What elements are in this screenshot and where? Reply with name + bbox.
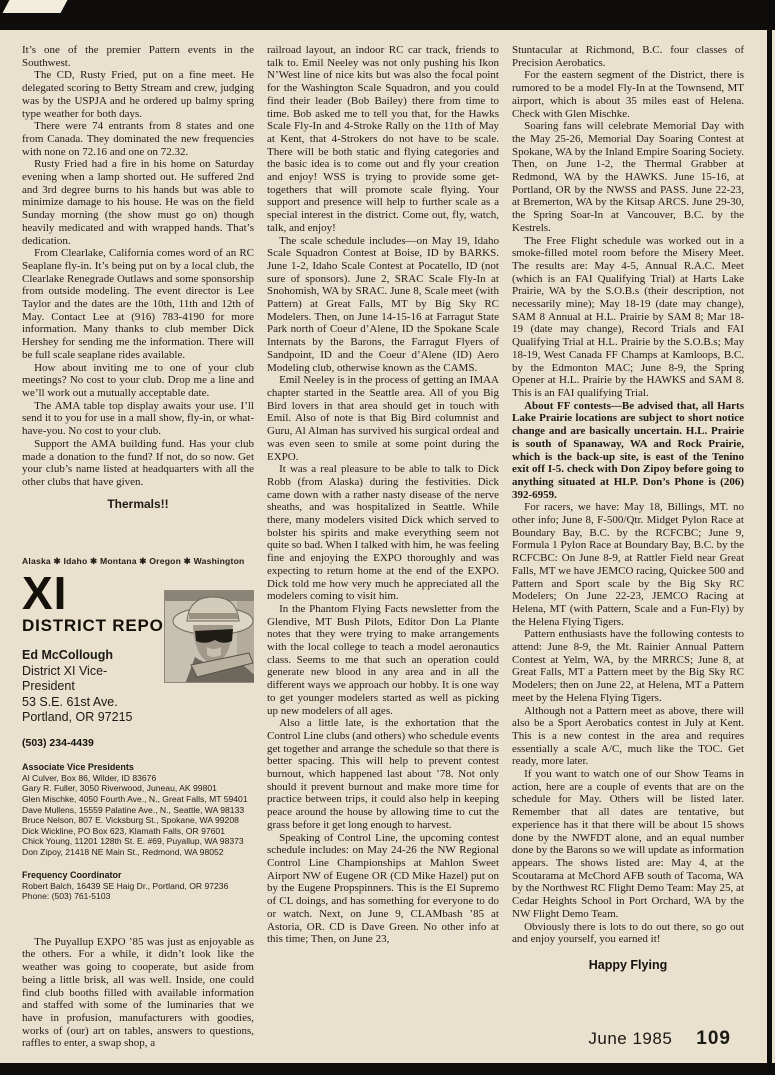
paragraph: Also a little late, is the exhortation t… <box>267 717 499 831</box>
frequency-coordinator-heading: Frequency Coordinator <box>22 870 254 881</box>
district-report-block: Alaska ✱ Idaho ✱ Montana ✱ Oregon ✱ Wash… <box>22 556 254 901</box>
page-number: 109 <box>696 1028 731 1050</box>
officer-city: Portland, OR 97215 <box>22 710 154 726</box>
scan-edge-bottom <box>0 1063 775 1075</box>
officer-address: 53 S.E. 61st Ave. <box>22 695 154 711</box>
closing-signoff: Happy Flying <box>512 958 744 973</box>
column-right-paragraphs: Stuntacular at Richmond, B.C. four class… <box>512 44 744 946</box>
officer-contact: Ed McCollough District XI Vice-President… <box>22 648 154 726</box>
issue-date: June 1985 <box>588 1029 672 1049</box>
ed-mccollough-photo <box>164 590 254 683</box>
address-line: Dave Mullens, 15559 Palatine Ave., N., S… <box>22 805 254 816</box>
paragraph: There were 74 entrants from 8 states and… <box>22 120 254 158</box>
paragraph: For the eastern segment of the District,… <box>512 69 744 120</box>
associate-vp-heading: Associate Vice Presidents <box>22 762 254 773</box>
officer-name: Ed McCollough <box>22 648 154 664</box>
column-left-bottom-paragraphs: The Puyallup EXPO ’85 was just as enjoya… <box>22 936 254 1050</box>
district-states-line: Alaska ✱ Idaho ✱ Montana ✱ Oregon ✱ Wash… <box>22 556 254 566</box>
address-line: Don Zipoy, 21418 NE Main St., Redmond, W… <box>22 847 254 858</box>
paragraph: The AMA table top display awaits your us… <box>22 400 254 438</box>
paragraph: It was a real pleasure to be able to tal… <box>267 463 499 603</box>
scan-notch <box>3 0 68 13</box>
paragraph: Stuntacular at Richmond, B.C. four class… <box>512 44 744 69</box>
column-middle: railroad layout, an indoor RC car track,… <box>267 44 499 1063</box>
footer-issue-line: June 1985 109 <box>588 1028 731 1050</box>
paragraph: For racers, we have: May 18, Billings, M… <box>512 501 744 628</box>
column-right: Stuntacular at Richmond, B.C. four class… <box>512 44 744 1063</box>
address-line: Robert Balch, 16439 SE Haig Dr., Portlan… <box>22 881 254 892</box>
paragraph: The Free Flight schedule was worked out … <box>512 235 744 400</box>
address-line: Gary R. Fuller, 3050 Riverwood, Juneau, … <box>22 783 254 794</box>
paragraph: In the Phantom Flying Facts newsletter f… <box>267 603 499 717</box>
paragraph: Emil Neeley is in the process of getting… <box>267 374 499 463</box>
paragraph: Support the AMA building fund. Has your … <box>22 438 254 489</box>
address-line: Chick Young, 11201 128th St. E. #69, Puy… <box>22 836 254 847</box>
column-middle-paragraphs: railroad layout, an indoor RC car track,… <box>267 44 499 946</box>
paragraph: Thermals!! <box>22 498 254 511</box>
address-line: Phone: (503) 761-5103 <box>22 891 254 902</box>
address-line: Glen Mischke, 4050 Fourth Ave., N., Grea… <box>22 794 254 805</box>
paragraph: If you want to watch one of our Show Tea… <box>512 768 744 920</box>
paragraph: From Clearlake, California comes word of… <box>22 247 254 361</box>
paragraph: It’s one of the premier Pattern events i… <box>22 44 254 69</box>
paragraph: Soaring fans will celebrate Memorial Day… <box>512 120 744 234</box>
scan-edge-top <box>0 0 775 30</box>
paragraph: About FF contests—Be advised that, all H… <box>512 400 744 502</box>
paragraph: Obviously there is lots to do out there,… <box>512 921 744 946</box>
paragraph: Speaking of Control Line, the upcoming c… <box>267 832 499 946</box>
scan-edge-right <box>767 0 772 1075</box>
page-body: It’s one of the premier Pattern events i… <box>22 44 744 1063</box>
portrait-illustration <box>165 591 254 683</box>
paragraph: Rusty Fried had a fire in his home on Sa… <box>22 158 254 247</box>
paragraph: How about inviting me to one of your clu… <box>22 362 254 400</box>
associate-vp-list: Al Culver, Box 86, Wilder, ID 83676Gary … <box>22 773 254 858</box>
column-left-top-paragraphs: It’s one of the premier Pattern events i… <box>22 44 254 510</box>
paragraph: Pattern enthusiasts have the following c… <box>512 628 744 704</box>
address-line: Bruce Nelson, 807 E. Vicksburg St., Spok… <box>22 815 254 826</box>
address-line: Al Culver, Box 86, Wilder, ID 83676 <box>22 773 254 784</box>
frequency-coordinator-lines: Robert Balch, 16439 SE Haig Dr., Portlan… <box>22 881 254 902</box>
paragraph: The CD, Rusty Fried, put on a fine meet.… <box>22 69 254 120</box>
column-left: It’s one of the premier Pattern events i… <box>22 44 254 1063</box>
officer-title: District XI Vice-President <box>22 664 154 695</box>
paragraph: Although not a Pattern meet as above, th… <box>512 705 744 769</box>
paragraph: railroad layout, an indoor RC car track,… <box>267 44 499 235</box>
officer-phone: (503) 234-4439 <box>22 737 254 750</box>
address-line: Dick Wickline, PO Box 623, Klamath Falls… <box>22 826 254 837</box>
paragraph: The Puyallup EXPO ’85 was just as enjoya… <box>22 936 254 1050</box>
paragraph: The scale schedule includes—on May 19, I… <box>267 235 499 375</box>
